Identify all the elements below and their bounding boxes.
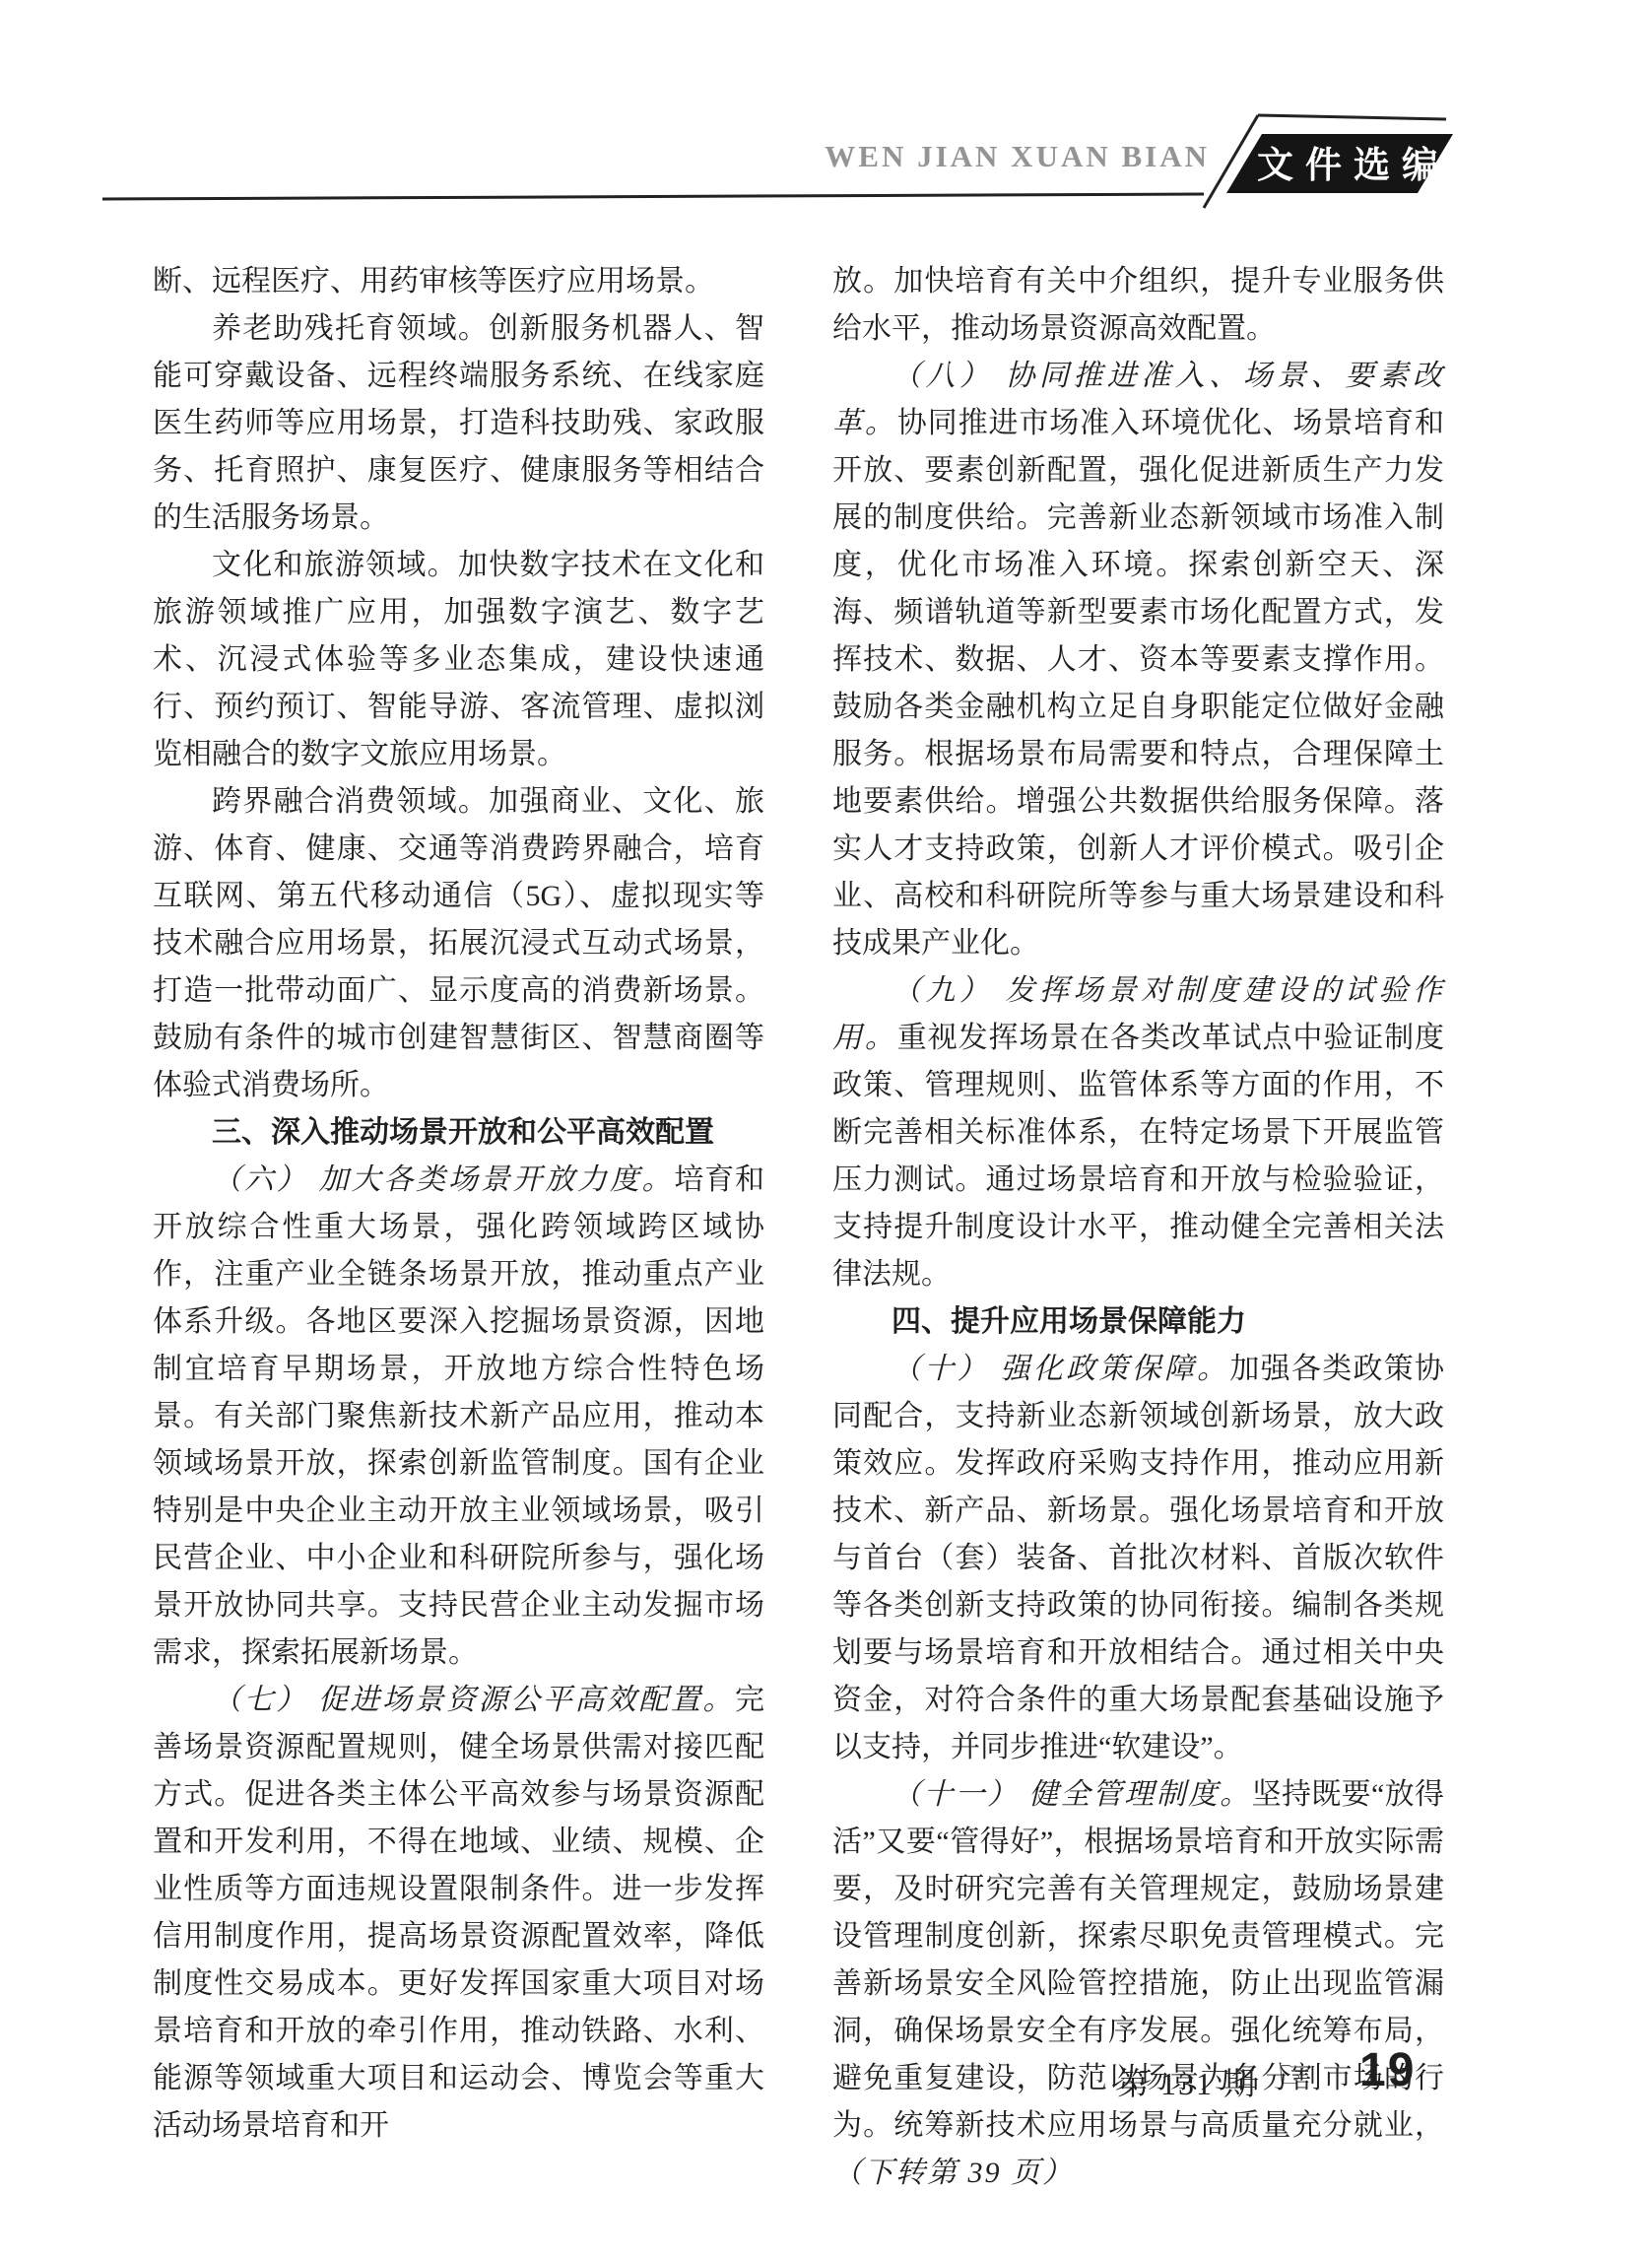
section-heading: 三、深入推动场景开放和公平高效配置: [153, 1109, 764, 1157]
header-badge-label: 文件选编: [1245, 139, 1438, 192]
section-heading: 四、提升应用场景保障能力: [832, 1298, 1444, 1346]
header-rule-line: [102, 194, 1204, 199]
paragraph: （十） 强化政策保障。加强各类政策协同配合，支持新业态新领域创新场景，放大政策效…: [832, 1346, 1444, 1771]
body-text: 跨界融合消费领域。加强商业、文化、旅游、体育、健康、交通等消费跨界融合，培育互联…: [153, 785, 764, 1101]
paragraph: 跨界融合消费领域。加强商业、文化、旅游、体育、健康、交通等消费跨界融合，培育互联…: [153, 778, 764, 1109]
item-lead-text: （十一） 健全管理制度。: [892, 1778, 1252, 1811]
header-top-line: [1258, 115, 1446, 119]
paragraph: 断、远程医疗、用药审核等医疗应用场景。: [153, 258, 764, 305]
body-text: 培育和开放综合性重大场景，强化跨领域跨区域协作，注重产业全链条场景开放，推动重点…: [153, 1163, 764, 1669]
paragraph: （六） 加大各类场景开放力度。培育和开放综合性重大场景，强化跨领域跨区域协作，注…: [153, 1157, 764, 1677]
header-rule-decoration: [0, 0, 1652, 256]
item-lead-text: （下转第 39 页）: [832, 2157, 1074, 2189]
body-text: 文化和旅游领域。加快数字技术在文化和旅游领域推广应用，加强数字演艺、数字艺术、沉…: [153, 549, 764, 770]
item-lead-text: （十） 强化政策保障。: [892, 1353, 1229, 1385]
pointing-hand-icon: ☞: [1277, 2051, 1312, 2097]
paragraph: 养老助残托育领域。创新服务机器人、智能可穿戴设备、远程终端服务系统、在线家庭医生…: [153, 305, 764, 542]
body-text: 放。加快培育有关中介组织，提升专业服务供给水平，推动场景资源高效配置。: [832, 265, 1444, 345]
body-text: 协同推进市场准入环境优化、场景培育和开放、要素创新配置，强化促进新质生产力发展的…: [832, 407, 1444, 960]
paragraph: 文化和旅游领域。加快数字技术在文化和旅游领域推广应用，加强数字演艺、数字艺术、沉…: [153, 542, 764, 778]
body-text: 断、远程医疗、用药审核等医疗应用场景。: [153, 265, 714, 298]
document-page: WEN JIAN XUAN BIAN 文件选编 断、远程医疗、用药审核等医疗应用…: [0, 0, 1652, 2258]
item-lead-text: （六） 加大各类场景开放力度。: [212, 1163, 674, 1196]
paragraph: （九） 发挥场景对制度建设的试验作用。重视发挥场景在各类改革试点中验证制度政策、…: [832, 967, 1444, 1298]
item-lead-text: （七） 促进场景资源公平高效配置。: [212, 1684, 735, 1716]
body-text: 重视发挥场景在各类改革试点中验证制度政策、管理规则、监管体系等方面的作用，不断完…: [832, 1022, 1444, 1291]
body-text: 养老助残托育领域。创新服务机器人、智能可穿戴设备、远程终端服务系统、在线家庭医生…: [153, 312, 764, 534]
text-column-left: 断、远程医疗、用药审核等医疗应用场景。养老助残托育领域。创新服务机器人、智能可穿…: [153, 258, 764, 2150]
paragraph: （七） 促进场景资源公平高效配置。完善场景资源配置规则，健全场景供需对接匹配方式…: [153, 1677, 764, 2150]
paragraph: （十一） 健全管理制度。坚持既要“放得活”又要“管得好”，根据场景培育和开放实际…: [832, 1771, 1444, 2197]
body-text: 四、提升应用场景保障能力: [892, 1305, 1246, 1338]
text-column-right: 放。加快培育有关中介组织，提升专业服务供给水平，推动场景资源高效配置。（八） 协…: [832, 258, 1444, 2197]
body-text: 加强各类政策协同配合，支持新业态新领域创新场景，放大政策效应。发挥政府采购支持作…: [832, 1353, 1444, 1763]
header-slogan: WEN JIAN XUAN BIAN: [571, 139, 1210, 174]
paragraph: （八） 协同推进准入、场景、要素改革。协同推进市场准入环境优化、场景培育和开放、…: [832, 353, 1444, 967]
footer-page-number: 19: [1359, 2043, 1416, 2097]
body-text: 完善场景资源配置规则，健全场景供需对接匹配方式。促进各类主体公平高效参与场景资源…: [153, 1684, 764, 2142]
paragraph: 放。加快培育有关中介组织，提升专业服务供给水平，推动场景资源高效配置。: [832, 258, 1444, 353]
footer-issue-label: 第 131 期: [1117, 2059, 1257, 2104]
body-text: 三、深入推动场景开放和公平高效配置: [212, 1116, 714, 1149]
